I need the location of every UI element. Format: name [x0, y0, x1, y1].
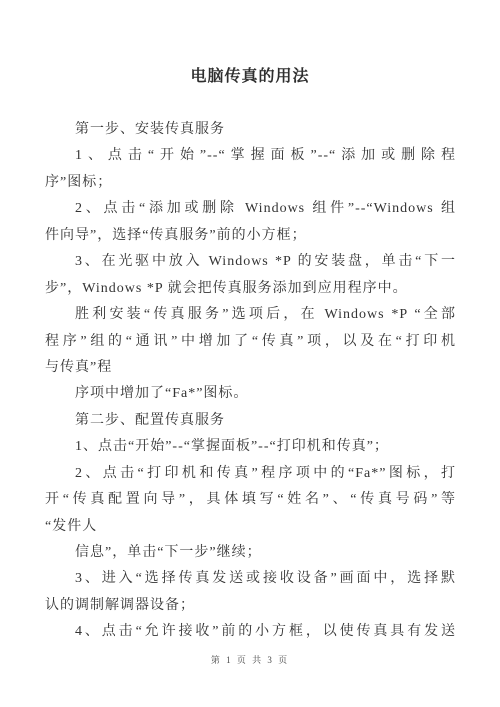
text-line: 3、在光驱中放入 Windows *P 的安装盘，单击“下一	[45, 249, 456, 275]
document-page: 电脑传真的用法 第一步、安装传真服务1、点击“开始”--“掌握面板”--“添加或…	[0, 0, 500, 707]
text-line: 2、点击“打印机和传真”程序项中的“Fa*”图标，打	[45, 461, 456, 487]
page-footer: 第 1 页 共 3 页	[0, 653, 500, 666]
text-line: “发件人	[45, 514, 456, 540]
text-line: 胜利安装“传真服务”选项后，在 Windows *P “全部	[45, 302, 456, 328]
document-title: 电脑传真的用法	[0, 63, 500, 86]
text-line: 4、点击“允许接收”前的小方框，以使传真具有发送	[45, 619, 456, 645]
text-line: 程序”组的“通讯”中增加了“传真”项，以及在“打印机	[45, 329, 456, 355]
text-line: 序项中增加了“Fa*”图标。	[45, 381, 456, 407]
text-line: 序”图标；	[45, 170, 456, 196]
text-line: 信息”，单击“下一步”继续；	[45, 540, 456, 566]
text-line: 2、点击“添加或删除 Windows 组件”--“Windows 组	[45, 196, 456, 222]
document-body: 第一步、安装传真服务1、点击“开始”--“掌握面板”--“添加或删除程序”图标；…	[45, 117, 456, 646]
text-line: 与传真”程	[45, 355, 456, 381]
text-line: 第一步、安装传真服务	[45, 117, 456, 143]
text-line: 件向导”，选择“传真服务”前的小方框；	[45, 223, 456, 249]
text-line: 1、点击“开始”--“掌握面板”--“添加或删除程	[45, 143, 456, 169]
text-line: 开“传真配置向导”，具体填写“姓名”、“传真号码”等	[45, 487, 456, 513]
text-line: 步”，Windows *P 就会把传真服务添加到应用程序中。	[45, 276, 456, 302]
text-line: 认的调制解调器设备；	[45, 593, 456, 619]
text-line: 3、进入“选择传真发送或接收设备”画面中，选择默	[45, 566, 456, 592]
text-line: 第二步、配置传真服务	[45, 408, 456, 434]
text-line: 1、点击“开始”--“掌握面板”--“打印机和传真”；	[45, 434, 456, 460]
